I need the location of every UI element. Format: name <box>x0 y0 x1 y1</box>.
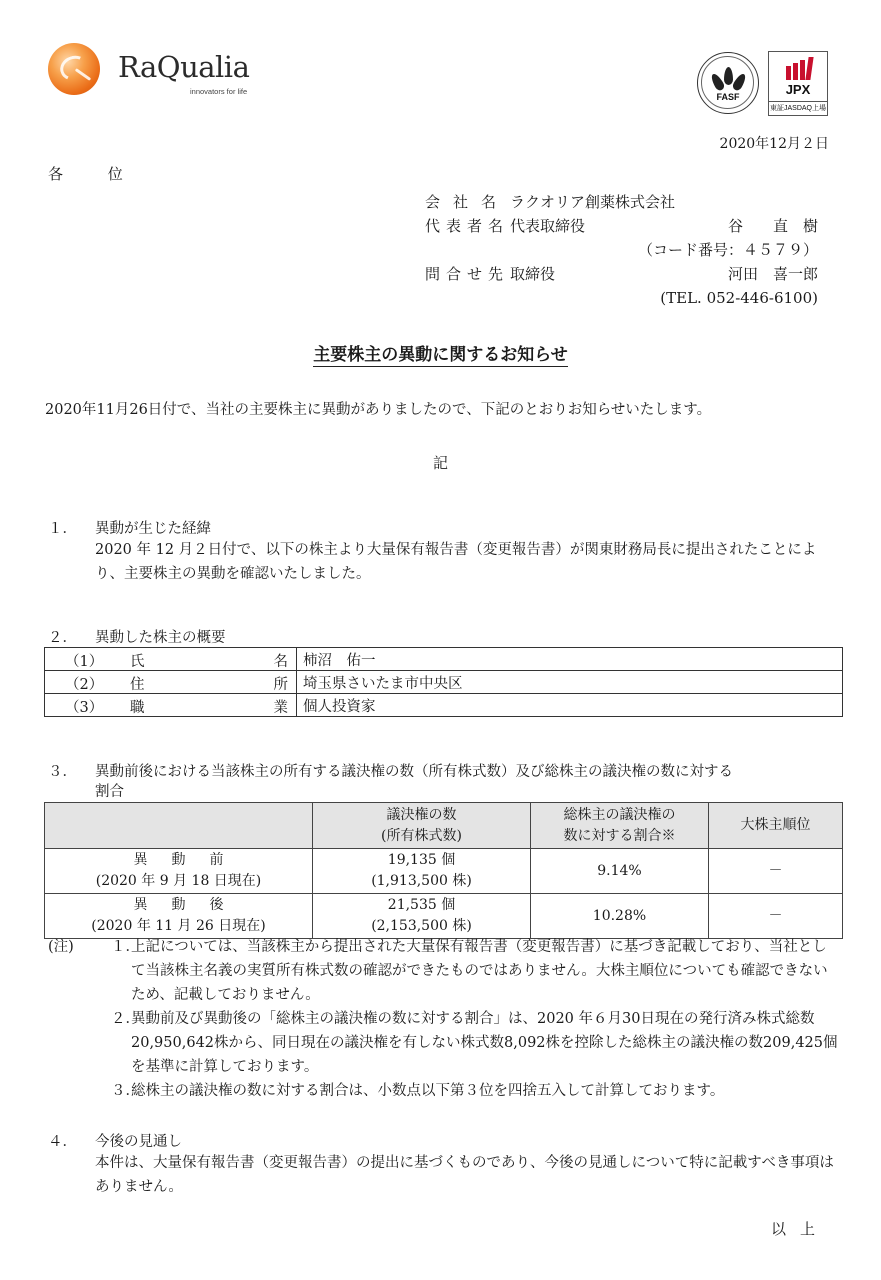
votes-count: 19,135 個 <box>313 850 530 871</box>
jpx-label: JPX <box>769 82 827 97</box>
row-period: 異動前 (2020 年 9 月 18 日現在) <box>45 849 313 894</box>
voting-rights-table: 議決権の数 (所有株式数) 総株主の議決権の 数に対する割合※ 大株主順位 異動… <box>44 802 843 939</box>
section-1-body: 2020 年 12 月２日付で、以下の株主より大量保有報告書（変更報告書）が関東… <box>95 538 835 586</box>
jpx-logo-icon: JPX 東証JASDAQ上場 <box>768 51 828 116</box>
section-title: 異動前後における当該株主の所有する議決権の数（所有株式数）及び総株主の議決権の数… <box>95 760 733 781</box>
addressee: 各 位 <box>48 163 123 184</box>
section-title: 異動が生じた経緯 <box>95 517 211 538</box>
period-date: (2020 年 11 月 26 日現在) <box>45 916 312 937</box>
document-date: 2020年12月２日 <box>720 133 829 153</box>
company-info-block: 会社名 ラクオリア創薬株式会社 代表者名 代表取締役 谷 直 樹 （コード番号：… <box>425 190 818 310</box>
shareholder-overview-table: （1） 氏 名 柿沼 佑一 （2） 住 所 埼玉県さいたま市中央区 （3） 職 … <box>44 647 843 717</box>
row-rank: － <box>709 849 843 894</box>
row-key-part: 氏 <box>130 650 145 671</box>
representative-title: 代表取締役 <box>510 214 585 238</box>
fasf-seal-icon: FASF <box>697 52 759 114</box>
intro-text: 2020年11月26日付で、当社の主要株主に異動がありましたので、下記のとおりお… <box>45 398 711 419</box>
header-ratio: 総株主の議決権の 数に対する割合※ <box>531 803 709 849</box>
company-logo-text: RaQualia <box>118 50 249 84</box>
contact-row: 問合せ先 取締役 河田 喜一郎 <box>425 262 818 286</box>
row-label: （2） 住 所 <box>45 671 297 694</box>
addressee-char: 各 <box>48 163 63 184</box>
note-text: 総株主の議決権の数に対する割合は、小数点以下第３位を四捨五入して計算しております… <box>131 1079 838 1103</box>
header-ratio-line1: 総株主の議決権の <box>531 805 708 826</box>
row-key-part: 職 <box>130 696 145 717</box>
contact-label: 問合せ先 <box>425 262 509 286</box>
page-title-text: 主要株主の異動に関するお知らせ <box>313 345 568 367</box>
table-row: （2） 住 所 埼玉県さいたま市中央区 <box>45 671 843 694</box>
section-3-heading-cont: 割合 <box>95 780 124 801</box>
header-ratio-line2: 数に対する割合※ <box>531 826 708 847</box>
period-label: 異動後 <box>45 895 312 916</box>
shares-count: (1,913,500 株) <box>313 871 530 892</box>
header-votes-line1: 議決権の数 <box>313 805 530 826</box>
row-votes: 19,135 個 (1,913,500 株) <box>313 849 531 894</box>
stock-code: （コード番号：４５７９） <box>638 238 818 262</box>
section-number: １． <box>48 517 88 538</box>
jpx-bar <box>786 66 791 80</box>
header-blank <box>45 803 313 849</box>
representative-name: 谷 直 樹 <box>728 214 818 238</box>
notes-tag: (注) <box>48 935 74 959</box>
representative-label: 代表者名 <box>425 214 509 238</box>
row-index: （3） <box>65 696 103 717</box>
row-key-part: 住 <box>130 673 145 694</box>
contact-tel: (TEL. 052-446-6100) <box>660 286 818 310</box>
row-label: （1） 氏 名 <box>45 648 297 671</box>
section-title: 今後の見通し <box>95 1130 182 1151</box>
representative-row: 代表者名 代表取締役 谷 直 樹 <box>425 214 818 238</box>
tel-row: (TEL. 052-446-6100) <box>425 286 818 310</box>
row-key-part: 所 <box>274 673 289 694</box>
row-index: （2） <box>65 673 103 694</box>
table-row: （3） 職 業 個人投資家 <box>45 694 843 717</box>
header-rank: 大株主順位 <box>709 803 843 849</box>
period-date: (2020 年 9 月 18 日現在) <box>45 871 312 892</box>
section-number: ４． <box>48 1130 88 1151</box>
row-label: （3） 職 業 <box>45 694 297 717</box>
company-name-value: ラクオリア創薬株式会社 <box>510 190 675 214</box>
jpx-sublabel: 東証JASDAQ上場 <box>769 101 827 115</box>
contact-name: 河田 喜一郎 <box>728 262 818 286</box>
raqualia-orb-icon <box>48 43 100 95</box>
section-number: ２． <box>48 626 88 647</box>
section-number: ３． <box>48 760 88 781</box>
company-name-row: 会社名 ラクオリア創薬株式会社 <box>425 190 818 214</box>
header-votes-line2: (所有株式数) <box>313 826 530 847</box>
section-title: 異動した株主の概要 <box>95 626 226 647</box>
addressee-char: 位 <box>108 163 123 184</box>
period-label: 異動前 <box>45 850 312 871</box>
votes-count: 21,535 個 <box>313 895 530 916</box>
shareholder-name: 柿沼 佑一 <box>297 648 843 671</box>
row-rank: － <box>709 894 843 939</box>
fasf-leaf-icon <box>724 67 733 85</box>
ki-marker: 記 <box>0 452 881 473</box>
header-votes: 議決権の数 (所有株式数) <box>313 803 531 849</box>
table-row: 異動後 (2020 年 11 月 26 日現在) 21,535 個 (2,153… <box>45 894 843 939</box>
jpx-bar <box>805 57 813 80</box>
page-title: 主要株主の異動に関するお知らせ <box>0 340 881 365</box>
shares-count: (2,153,500 株) <box>313 916 530 937</box>
table-header-row: 議決権の数 (所有株式数) 総株主の議決権の 数に対する割合※ 大株主順位 <box>45 803 843 849</box>
code-row: （コード番号：４５７９） <box>425 238 818 262</box>
jpx-bar <box>800 60 805 80</box>
jpx-bar <box>793 63 798 80</box>
section-4-body: 本件は、大量保有報告書（変更報告書）の提出に基づくものであり、今後の見通しについ… <box>95 1151 835 1199</box>
logo-swoosh <box>57 52 92 84</box>
row-index: （1） <box>65 650 103 671</box>
table-row: （1） 氏 名 柿沼 佑一 <box>45 648 843 671</box>
table-row: 異動前 (2020 年 9 月 18 日現在) 19,135 個 (1,913,… <box>45 849 843 894</box>
fasf-label: FASF <box>698 92 758 102</box>
closing-mark: 以上 <box>771 1218 829 1239</box>
row-ratio: 9.14% <box>531 849 709 894</box>
row-votes: 21,535 個 (2,153,500 株) <box>313 894 531 939</box>
row-period: 異動後 (2020 年 11 月 26 日現在) <box>45 894 313 939</box>
note-text: 上記については、当該株主から提出された大量保有報告書（変更報告書）に基づき記載し… <box>131 935 838 1007</box>
row-ratio: 10.28% <box>531 894 709 939</box>
company-tagline: innovators for life <box>190 87 247 96</box>
company-name-label: 会社名 <box>425 190 509 214</box>
shareholder-address: 埼玉県さいたま市中央区 <box>297 671 843 694</box>
shareholder-occupation: 個人投資家 <box>297 694 843 717</box>
note-text: 異動前及び異動後の「総株主の議決権の数に対する割合」は、2020 年６月30日現… <box>131 1007 838 1079</box>
row-key-part: 業 <box>274 696 289 717</box>
contact-title: 取締役 <box>510 262 555 286</box>
row-key-part: 名 <box>274 650 289 671</box>
